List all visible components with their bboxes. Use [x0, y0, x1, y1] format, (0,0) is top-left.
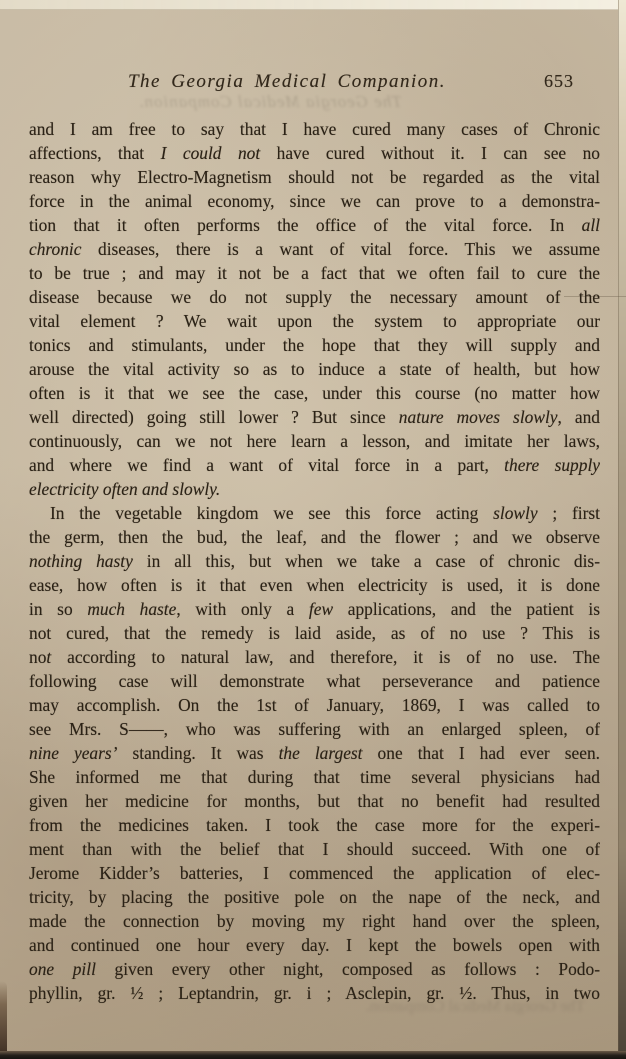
text-segment: ease, how often is it that even when ele…	[29, 575, 600, 595]
text-line: ease, how often is it that even when ele…	[29, 573, 600, 597]
text-segment: phyllin, gr. ½ ; Leptandrin, gr. i ; Asc…	[29, 983, 600, 1003]
text-segment: tion that it often performs the office o…	[29, 215, 582, 235]
page-left-bottom-edge	[0, 981, 7, 1059]
text-line: one pill given every other night, compos…	[29, 957, 600, 981]
text-line: not cured, that the remedy is laid aside…	[29, 621, 600, 645]
text-segment: one that I had ever seen.	[363, 743, 600, 763]
text-line: force in the animal economy, since we ca…	[29, 189, 600, 213]
text-segment: given her medicine for months, but that …	[29, 791, 600, 811]
text-line: made the connection by moving my right h…	[29, 909, 600, 933]
text-segment: tricity, by placing the positive pole on…	[29, 887, 600, 907]
text-segment: in so	[29, 599, 87, 619]
text-segment: ; first	[538, 503, 600, 523]
text-line: tricity, by placing the positive pole on…	[29, 885, 600, 909]
italic-text-segment: nature moves slowly	[399, 407, 558, 427]
text-line: reason why Electro-Magnetism should not …	[29, 165, 600, 189]
text-line: vital element ? We wait upon the system …	[29, 309, 600, 333]
text-segment: and I am free to say that I have cured m…	[29, 119, 600, 139]
italic-text-segment: few	[309, 599, 333, 619]
text-segment: and where we find a want of vital force …	[29, 455, 504, 475]
italic-text-segment: the largest	[279, 743, 363, 763]
text-line: tonics and stimulants, under the hope th…	[29, 333, 600, 357]
text-segment: She informed me that during that time se…	[29, 767, 600, 787]
text-line: often is it that we see the case, under …	[29, 381, 600, 405]
text-segment: and continued one hour every day. I kept…	[29, 935, 600, 955]
text-segment: applications, and the patient is	[333, 599, 600, 619]
text-line: affections, that I could not have cured …	[29, 141, 600, 165]
scanned-book-page: The Georgia Medical Companion. 653 The G…	[0, 0, 626, 1059]
text-segment: , and	[558, 407, 600, 427]
page-top-edge	[0, 0, 626, 10]
italic-text-segment: nine years’	[29, 743, 117, 763]
text-line: arouse the vital activity so as to induc…	[29, 357, 600, 381]
body-text: and I am free to say that I have cured m…	[29, 117, 600, 1005]
text-line: to be true ; and may it not be a fact th…	[29, 261, 600, 285]
text-segment: not cured, that the remedy is laid aside…	[29, 623, 600, 643]
text-segment: made the connection by moving my right h…	[29, 911, 600, 931]
text-segment: see Mrs. S——, who was suffering with an …	[29, 719, 600, 739]
text-line: and continued one hour every day. I kept…	[29, 933, 600, 957]
text-line: ment than with the belief that I should …	[29, 837, 600, 861]
text-line: In the vegetable kingdom we see this for…	[29, 501, 600, 525]
text-segment: vital element ? We wait upon the system …	[29, 311, 600, 331]
text-segment: have cured without it. I can see no	[260, 143, 600, 163]
running-title: The Georgia Medical Companion.	[102, 71, 472, 93]
text-line: from the medicines taken. I took the cas…	[29, 813, 600, 837]
text-line: well directed) going still lower ? But s…	[29, 405, 600, 429]
text-segment: often is it that we see the case, under …	[29, 383, 600, 403]
italic-text-segment: there supply	[504, 455, 600, 475]
text-line: Jerome Kidder’s batteries, I commenced t…	[29, 861, 600, 885]
text-segment: according to natural law, and therefore,…	[51, 647, 600, 667]
text-line: the germ, then the bud, the leaf, and th…	[29, 525, 600, 549]
text-segment: in all this, but when we take a case of …	[133, 551, 600, 571]
italic-text-segment: electricity often and slowly.	[29, 479, 220, 499]
paragraph: In the vegetable kingdom we see this for…	[29, 501, 600, 1005]
text-line: and where we find a want of vital force …	[29, 453, 600, 477]
italic-text-segment: one pill	[29, 959, 96, 979]
italic-text-segment: nothing hasty	[29, 551, 133, 571]
text-segment: Jerome Kidder’s batteries, I commenced t…	[29, 863, 600, 883]
text-segment: reason why Electro-Magnetism should not …	[29, 167, 600, 187]
text-segment: well directed) going still lower ? But s…	[29, 407, 399, 427]
text-line: tion that it often performs the office o…	[29, 213, 600, 237]
text-line: in so much haste, with only a few applic…	[29, 597, 600, 621]
text-segment: , with only a	[176, 599, 309, 619]
text-segment: In the vegetable kingdom we see this for…	[50, 503, 493, 523]
text-line: not according to natural law, and theref…	[29, 645, 600, 669]
text-segment: given every other night, composed as fol…	[96, 959, 600, 979]
text-line: She informed me that during that time se…	[29, 765, 600, 789]
page-bottom-edge	[0, 1051, 626, 1059]
text-line: and I am free to say that I have cured m…	[29, 117, 600, 141]
text-line: given her medicine for months, but that …	[29, 789, 600, 813]
italic-text-segment: chronic	[29, 239, 81, 259]
text-segment: from the medicines taken. I took the cas…	[29, 815, 600, 835]
text-segment: force in the animal economy, since we ca…	[29, 191, 600, 211]
text-segment: no	[29, 647, 46, 667]
text-segment: to be true ; and may it not be a fact th…	[29, 263, 600, 283]
page-header: The Georgia Medical Companion. 653	[28, 71, 600, 97]
text-line: continuously, can we not here learn a le…	[29, 429, 600, 453]
italic-text-segment: slowly	[493, 503, 537, 523]
text-segment: arouse the vital activity so as to induc…	[29, 359, 600, 379]
text-segment: tonics and stimulants, under the hope th…	[29, 335, 600, 355]
text-segment: standing. It was	[117, 743, 278, 763]
text-line: may accomplish. On the 1st of January, 1…	[29, 693, 600, 717]
text-line: see Mrs. S——, who was suffering with an …	[29, 717, 600, 741]
text-segment: continuously, can we not here learn a le…	[29, 431, 600, 451]
page-number: 653	[544, 71, 574, 92]
text-line: phyllin, gr. ½ ; Leptandrin, gr. i ; Asc…	[29, 981, 600, 1005]
text-line: chronic diseases, there is a want of vit…	[29, 237, 600, 261]
text-line: disease because we do not supply the nec…	[29, 285, 600, 309]
text-segment: ment than with the belief that I should …	[29, 839, 600, 859]
text-segment: diseases, there is a want of vital force…	[81, 239, 600, 259]
text-line: following case will demonstrate what per…	[29, 669, 600, 693]
text-segment: the germ, then the bud, the leaf, and th…	[29, 527, 600, 547]
italic-text-segment: all	[582, 215, 600, 235]
text-segment: following case will demonstrate what per…	[29, 671, 600, 691]
text-segment: disease because we do not supply the nec…	[29, 287, 600, 307]
text-line: electricity often and slowly.	[29, 477, 600, 501]
text-segment: may accomplish. On the 1st of January, 1…	[29, 695, 600, 715]
text-segment: affections, that	[29, 143, 161, 163]
paragraph: and I am free to say that I have cured m…	[29, 117, 600, 501]
italic-text-segment: I could not	[161, 143, 261, 163]
text-line: nine years’ standing. It was the largest…	[29, 741, 600, 765]
text-line: nothing hasty in all this, but when we t…	[29, 549, 600, 573]
italic-text-segment: much haste	[87, 599, 176, 619]
page-right-edge	[618, 0, 626, 1059]
